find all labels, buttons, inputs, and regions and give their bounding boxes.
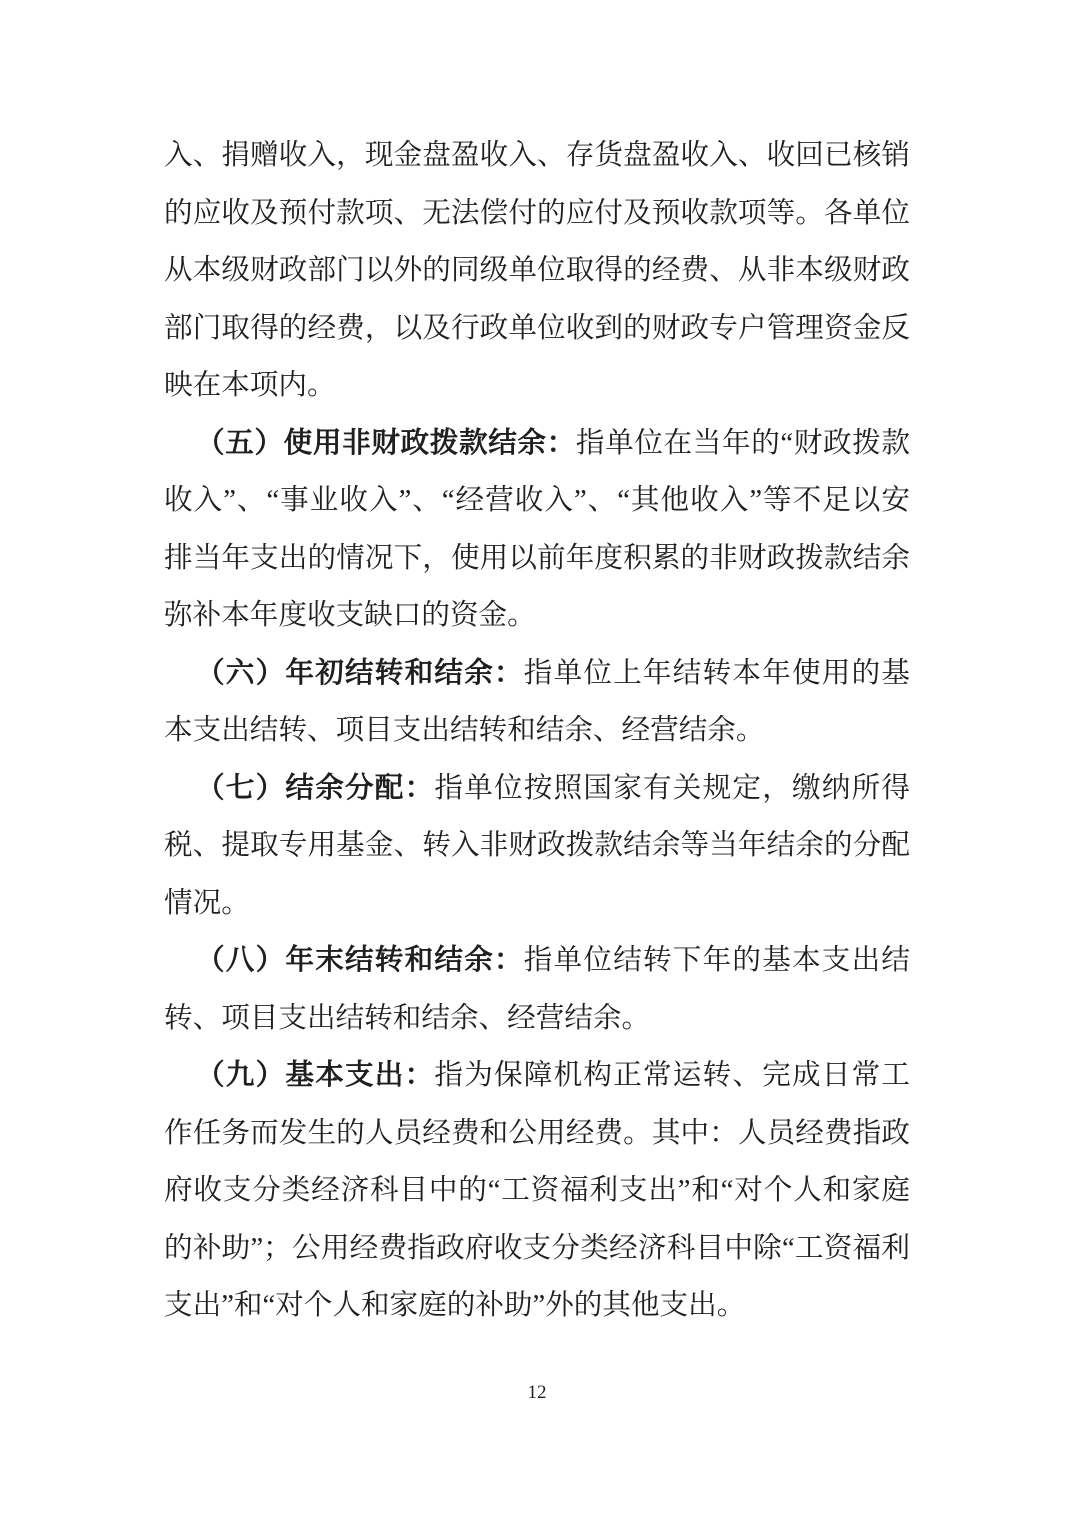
paragraph-heading: （六）年初结转和结余： — [196, 658, 524, 689]
document-page: 入、捐赠收入，现金盘盈收入、存货盘盈收入、收回已核销的应收及预付款项、无法偿付的… — [0, 0, 1074, 1520]
paragraph: （八）年末结转和结余：指单位结转下年的基本支出结转、项目支出结转和结余、经营结余… — [164, 932, 910, 1047]
paragraph: （六）年初结转和结余：指单位上年结转本年使用的基本支出结转、项目支出结转和结余、… — [164, 645, 910, 760]
paragraph-text: 指为保障机构正常运转、完成日常工作任务而发生的人员经费和公用经费。其中：人员经费… — [164, 1060, 910, 1321]
paragraph: （五）使用非财政拨款结余：指单位在当年的“财政拨款收入”、“事业收入”、“经营收… — [164, 415, 910, 645]
paragraph: 入、捐赠收入，现金盘盈收入、存货盘盈收入、收回已核销的应收及预付款项、无法偿付的… — [164, 127, 910, 415]
paragraph-heading: （五）使用非财政拨款结余： — [196, 428, 576, 459]
document-body: 入、捐赠收入，现金盘盈收入、存货盘盈收入、收回已核销的应收及预付款项、无法偿付的… — [164, 127, 910, 1335]
page-number: 12 — [0, 1381, 1074, 1405]
paragraph-heading: （八）年末结转和结余： — [196, 945, 524, 976]
paragraph-text: 入、捐赠收入，现金盘盈收入、存货盘盈收入、收回已核销的应收及预付款项、无法偿付的… — [164, 140, 910, 401]
paragraph: （七）结余分配：指单位按照国家有关规定，缴纳所得税、提取专用基金、转入非财政拨款… — [164, 760, 910, 933]
paragraph-heading: （九）基本支出： — [196, 1060, 434, 1091]
paragraph: （九）基本支出：指为保障机构正常运转、完成日常工作任务而发生的人员经费和公用经费… — [164, 1047, 910, 1335]
paragraph-heading: （七）结余分配： — [196, 773, 434, 804]
